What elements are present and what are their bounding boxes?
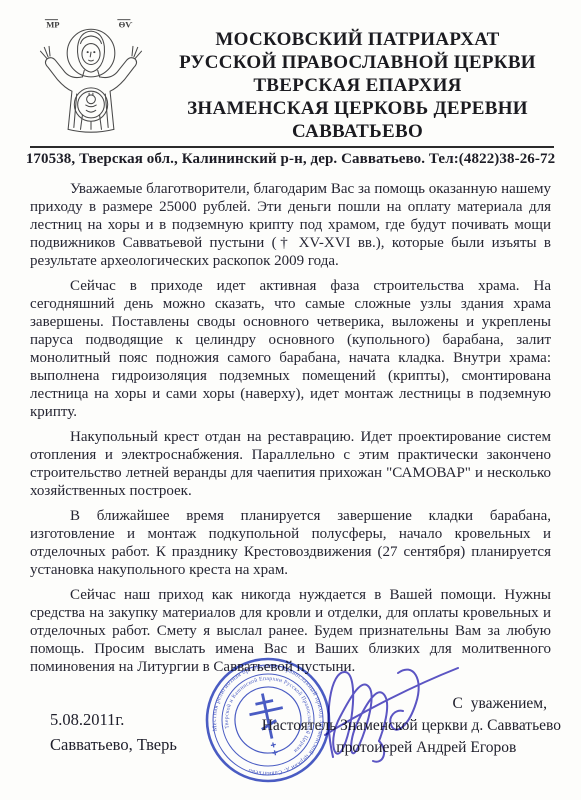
letterhead-divider [30, 146, 554, 148]
place-line: Савватьево, Тверь [50, 732, 177, 757]
paragraph-plans: В ближайшее время планируется завершение… [30, 507, 551, 579]
address-line: 170538, Тверская обл., Калининский р-н, … [0, 151, 581, 168]
date-line: 5.08.2011г. [50, 707, 177, 732]
letterhead: МР ѲѴ [0, 0, 581, 143]
monogram-left: МР [46, 19, 59, 29]
signature-section: 5.08.2011г. Савватьево, Тверь С уважение… [0, 683, 581, 799]
paragraph-cross-restoration: Накупольный крест отдан на реставрацию. … [30, 428, 551, 500]
letterhead-line-village: САВВАТЬЕВО [160, 120, 555, 143]
monogram-right: ѲѴ [119, 19, 133, 29]
scanned-letter-page: МР ѲѴ [0, 0, 581, 800]
letter-body: Уважаемые благотворители, благодарим Вас… [30, 180, 551, 676]
letterhead-line-eparchy: ТВЕРСКАЯ ЕПАРХИЯ [160, 74, 555, 97]
paragraph-thanks: Уважаемые благотворители, благодарим Вас… [30, 180, 551, 270]
date-block: 5.08.2011г. Савватьево, Тверь [50, 707, 177, 757]
letterhead-line-parish: ЗНАМЕНСКАЯ ЦЕРКОВЬ ДЕРЕВНИ [160, 97, 555, 120]
paragraph-construction: Сейчас в приходе идет активная фаза стро… [30, 277, 551, 421]
theotokos-znamenie-icon: МР ѲѴ [30, 16, 160, 138]
letterhead-line-church: РУССКОЙ ПРАВОСЛАВНОЙ ЦЕРКВИ [160, 51, 555, 74]
letterhead-title: МОСКОВСКИЙ ПАТРИАРХАТ РУССКОЙ ПРАВОСЛАВН… [160, 16, 555, 143]
handwritten-signature [303, 639, 478, 784]
letterhead-line-patriarchate: МОСКОВСКИЙ ПАТРИАРХАТ [160, 28, 555, 51]
